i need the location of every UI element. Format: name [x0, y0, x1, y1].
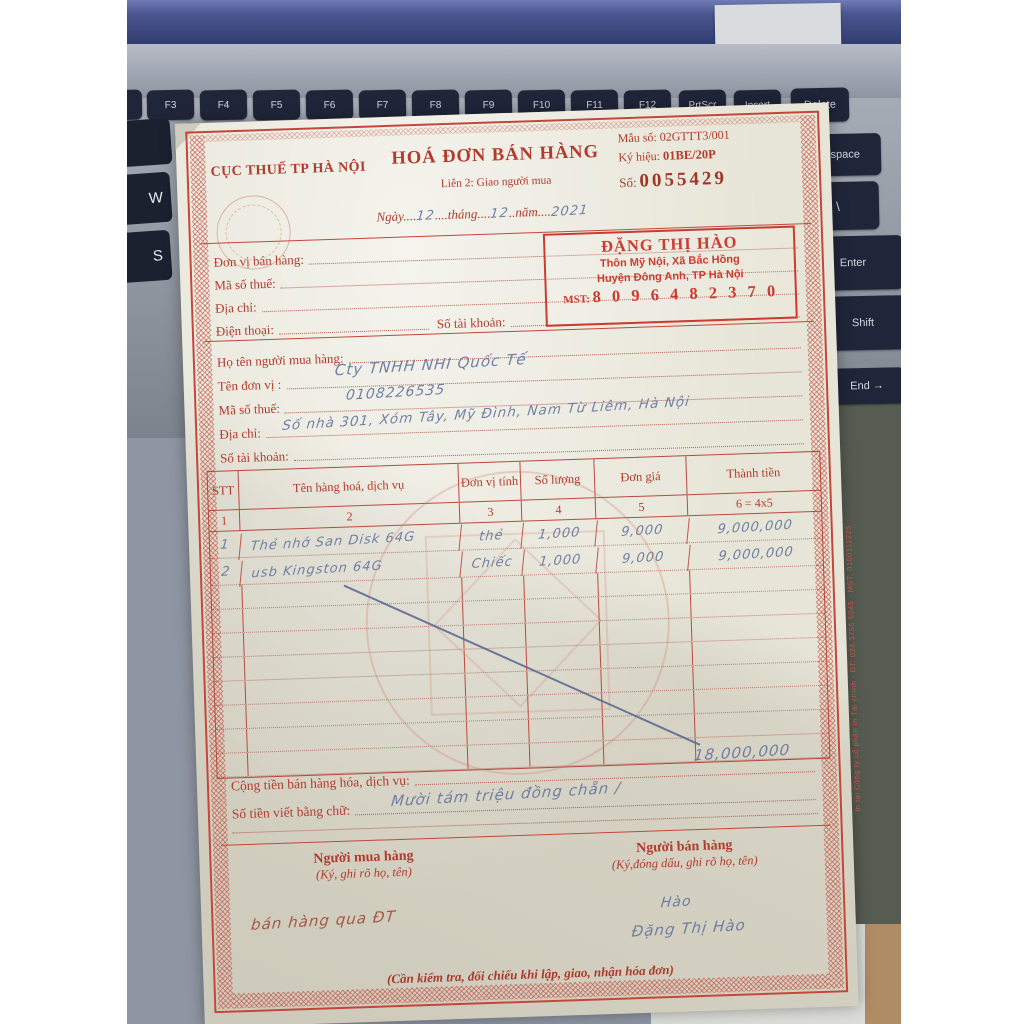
key-partial: [127, 118, 173, 168]
empty-cell: [691, 638, 826, 665]
key-f6: F6: [306, 90, 354, 121]
empty-cell: [691, 614, 826, 641]
seller-signature: Hào: [660, 886, 812, 911]
invoice-content: CỤC THUẾ TP HÀ NỘI HOÁ ĐƠN BÁN HÀNG Liên…: [210, 121, 824, 1008]
seller-account-label: Số tài khoản:: [437, 314, 506, 332]
date-line: Ngày....12....tháng....12..năm....2021: [312, 200, 652, 227]
empty-cell: [216, 729, 247, 753]
seller-unit-label: Đơn vị bán hàng:: [213, 252, 304, 271]
total-label: Cộng tiền bán hàng hóa, dịch vụ:: [231, 773, 410, 795]
col-amount: Thành tiền: [685, 452, 820, 494]
col-price: Đơn giá: [593, 456, 686, 497]
empty-cell: [215, 705, 246, 729]
amount-words-label: Số tiền viết bằng chữ:: [232, 803, 351, 823]
copy-line: Liên 2: Giao người mua: [361, 172, 631, 193]
key-w: W: [127, 172, 173, 227]
number-line: Số: 0055429: [619, 161, 798, 196]
serial-label: Ký hiệu:: [618, 149, 660, 164]
invoice-title: HOÁ ĐƠN BÁN HÀNG: [360, 141, 631, 171]
seller-phone-label: Điện thoại:: [216, 322, 275, 340]
year-handwritten: 2021: [550, 203, 589, 220]
screenshot-page: F3 F4 F5 F6 F7 F8 F9 F10 F11 F12 PrtScr …: [0, 0, 1024, 1024]
col-stt: STT: [208, 471, 239, 510]
seller-addr-label: Địa chỉ:: [215, 299, 257, 316]
serial-value: 01BE/20P: [663, 147, 716, 163]
buyer-account-label: Số tài khoản:: [220, 448, 289, 466]
empty-cell: [215, 681, 246, 705]
key-s: S: [127, 230, 173, 285]
empty-cell: [694, 710, 829, 737]
buyer-addr-label: Địa chỉ:: [219, 425, 261, 442]
seller-signature-block: Người bán hàng (Ký,đóng dấu, ghi rõ họ, …: [559, 835, 812, 940]
empty-cell: [212, 609, 243, 633]
invoice-number: 0055429: [639, 168, 727, 192]
stamp-mst-label: MST:: [563, 293, 590, 306]
key-f3: F3: [147, 90, 195, 121]
buyer-unit-label: Tên đơn vị :: [217, 377, 281, 395]
empty-cell: [693, 686, 828, 713]
seller-stamp: ĐẶNG THỊ HÀO Thôn Mỹ Nội, Xã Bắc Hồng Hu…: [543, 226, 798, 327]
empty-cell: [213, 633, 244, 657]
seller-tax-label: Mã số thuế:: [214, 276, 276, 294]
month-label: tháng: [447, 206, 477, 222]
empty-cell: [211, 585, 242, 609]
invoice-meta: Mẫu số: 02GTTT3/001 Ký hiệu: 01BE/20P Số…: [617, 123, 797, 196]
year-label: năm: [515, 204, 538, 220]
footer-note: (Cần kiểm tra, đối chiếu khi lập, giao, …: [237, 957, 823, 992]
key-f4: F4: [200, 90, 248, 121]
row2-stt: 2: [210, 558, 243, 586]
buyer-tax-label: Mã số thuế:: [218, 401, 280, 419]
wood-strip: [865, 924, 901, 1024]
row1-stt: 1: [209, 531, 242, 559]
day-handwritten: 12: [415, 208, 435, 224]
colnum-1: 1: [209, 510, 240, 531]
number-label: Số:: [619, 175, 637, 191]
month-handwritten: 12: [490, 206, 510, 222]
empty-cell: [690, 590, 825, 617]
buyer-sign-note: bán hàng qua ĐT: [250, 902, 476, 933]
seller-signature-name: Đặng Thị Hào: [631, 912, 813, 941]
invoice-paper: In tại Công ty cổ phần in Tài chính - ĐT…: [175, 102, 859, 1024]
day-label: Ngày: [376, 208, 403, 224]
buyer-signature-block: Người mua hàng (Ký, ghi rõ họ, tên) bán …: [253, 847, 475, 931]
key-f2-partial: [127, 90, 142, 121]
empty-cell: [689, 566, 824, 593]
buyer-block: Họ tên người mua hàng: Tên đơn vị : Mã s…: [216, 327, 806, 466]
key-f5: F5: [253, 90, 301, 121]
empty-cell: [214, 657, 245, 681]
photo-of-invoice-on-laptop: F3 F4 F5 F6 F7 F8 F9 F10 F11 F12 PrtScr …: [127, 0, 901, 1024]
empty-cell: [692, 662, 827, 689]
tax-agency: CỤC THUẾ TP HÀ NỘI: [210, 160, 366, 181]
